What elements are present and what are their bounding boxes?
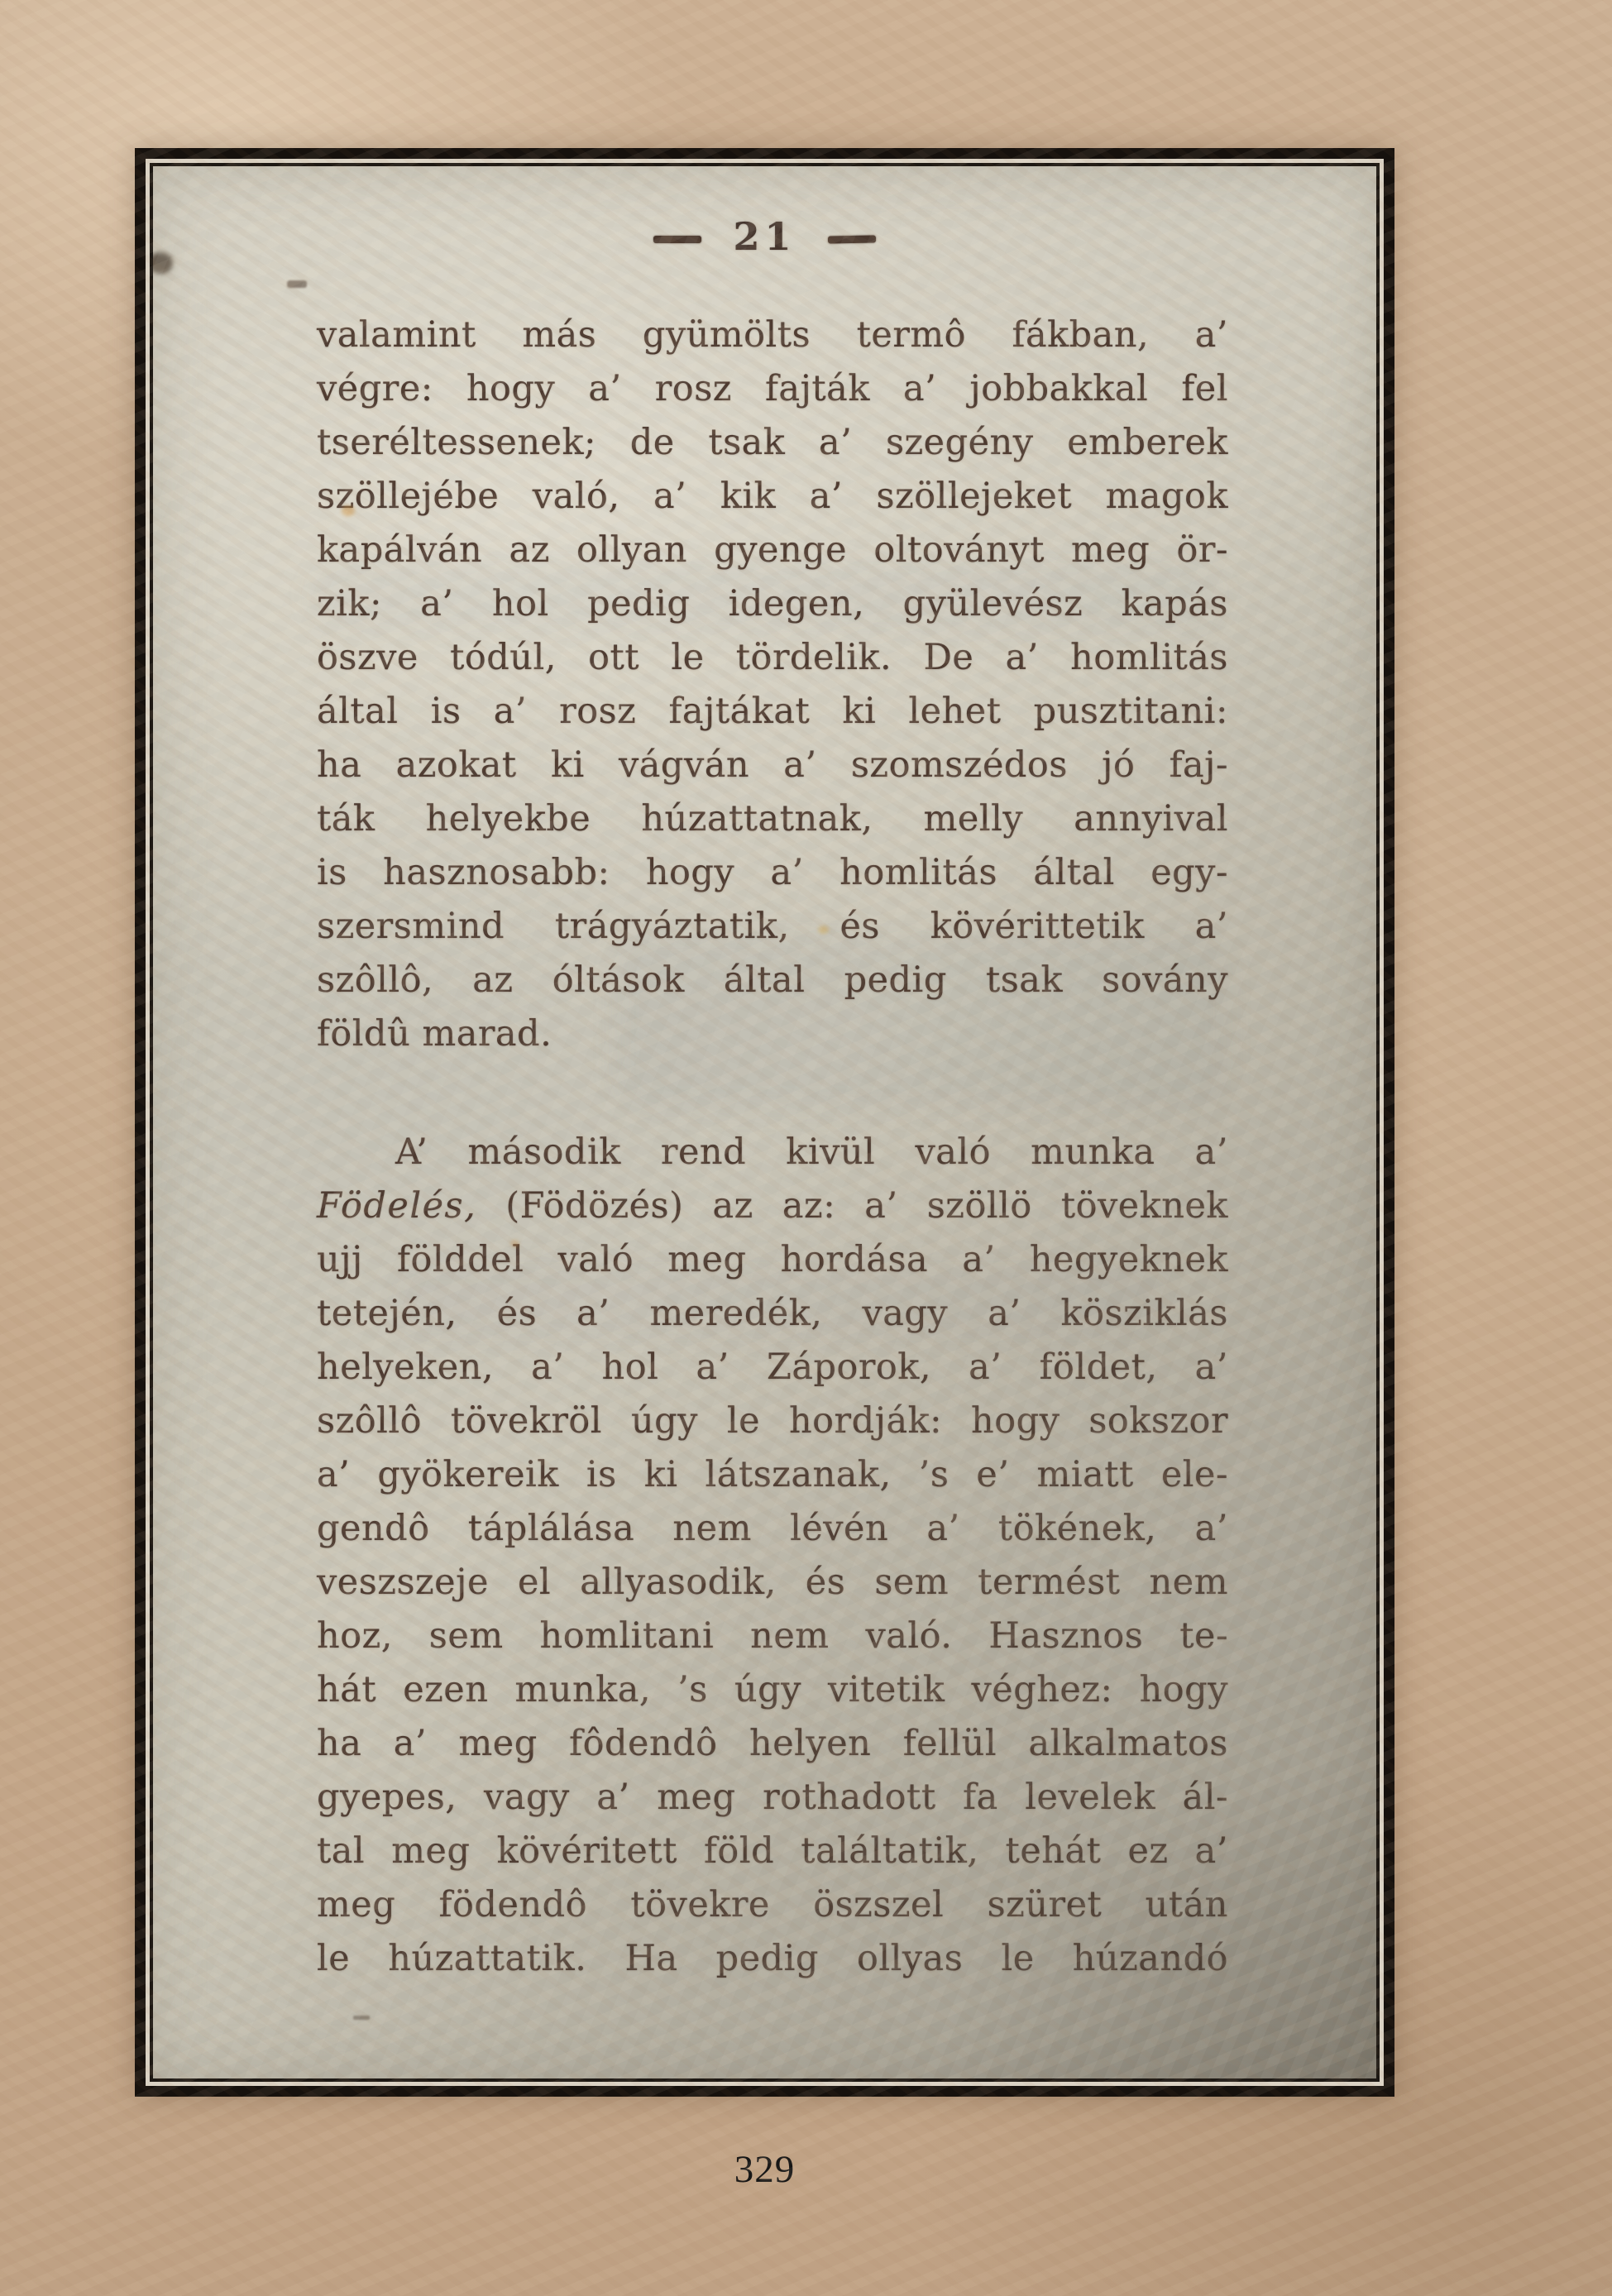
text-line: szôllô tövekröl úgy le hordják: hogy sok…: [317, 1394, 1228, 1448]
text-segment: szersmind trágyáztatik, és kövérittetik …: [317, 906, 1228, 947]
header-dash-icon: [653, 236, 701, 243]
text-line: ták helyekbe húzattatnak, melly annyival: [317, 792, 1228, 846]
text-segment: is hasznosabb: hogy a’ homlitás által eg…: [317, 852, 1228, 893]
text-line: ujj földdel való meg hordása a’ hegyekne…: [317, 1233, 1228, 1287]
text-segment: valamint más gyümölts termô fákban, a’: [317, 314, 1228, 356]
text-segment: (Födözés) az az: a’ szöllö töveknek: [476, 1185, 1228, 1227]
text-line: hát ezen munka, ’s úgy vitetik véghez: h…: [317, 1663, 1228, 1717]
text-segment: által is a’ rosz fajtákat ki lehet puszt…: [317, 691, 1228, 732]
text-line: öszve tódúl, ott le tördelik. De a’ homl…: [317, 631, 1228, 685]
ink-smudge: [353, 2016, 370, 2020]
text-segment: szôllô, az óltások által pedig tsak sová…: [317, 959, 1228, 1001]
text-line: veszszeje el allyasodik, és sem termést …: [317, 1556, 1228, 1610]
text-segment: ujj földdel való meg hordása a’ hegyekne…: [317, 1239, 1228, 1280]
text-line: gendô táplálása nem lévén a’ tökének, a’: [317, 1502, 1228, 1556]
text-line: ha a’ meg fôdendô helyen fellül alkalmat…: [317, 1717, 1228, 1771]
text-segment: gyepes, vagy a’ meg rothadott fa levelek…: [317, 1777, 1228, 1818]
text-segment: öszve tódúl, ott le tördelik. De a’ homl…: [317, 637, 1228, 678]
paragraph: A’ második rend kivül való munka a’Födel…: [317, 1126, 1228, 1986]
text-line: által is a’ rosz fajtákat ki lehet puszt…: [317, 685, 1228, 739]
text-line: meg födendô tövekre öszszel szüret után: [317, 1878, 1228, 1932]
text-line: is hasznosabb: hogy a’ homlitás által eg…: [317, 846, 1228, 900]
scanned-book-page: 21 valamint más gyümölts termô fákban, a…: [0, 0, 1612, 2296]
text-segment: tseréltessenek; de tsak a’ szegény ember…: [317, 422, 1228, 463]
header-page-number: 21: [733, 214, 796, 259]
text-segment: szôllô tövekröl úgy le hordják: hogy sok…: [317, 1400, 1228, 1442]
text-line: le húzattatik. Ha pedig ollyas le húzand…: [317, 1932, 1228, 1986]
text-line: zik; a’ hol pedig idegen, gyülevész kapá…: [317, 577, 1228, 631]
text-line: a’ gyökereik is ki látszanak, ’s e’ miat…: [317, 1448, 1228, 1502]
text-segment: hoz, sem homlitani nem való. Hasznos te-: [317, 1615, 1228, 1657]
text-segment: Födelés,: [317, 1185, 476, 1227]
text-segment: le húzattatik. Ha pedig ollyas le húzand…: [317, 1938, 1228, 1979]
text-segment: szöllejébe való, a’ kik a’ szöllejeket m…: [317, 476, 1228, 517]
text-segment: meg födendô tövekre öszszel szüret után: [317, 1884, 1228, 1925]
footer-page-number: 329: [135, 2147, 1394, 2192]
text-line: tetején, és a’ meredék, vagy a’ kösziklá…: [317, 1287, 1228, 1341]
text-line: ha azokat ki vágván a’ szomszédos jó faj…: [317, 739, 1228, 792]
text-line: végre: hogy a’ rosz fajták a’ jobbakkal …: [317, 362, 1228, 416]
text-line: tseréltessenek; de tsak a’ szegény ember…: [317, 416, 1228, 470]
text-segment: tal meg kövéritett föld találtatik, tehá…: [317, 1830, 1228, 1872]
text-block: valamint más gyümölts termô fákban, a’vé…: [317, 309, 1228, 1986]
text-segment: kapálván az ollyan gyenge oltoványt meg …: [317, 529, 1228, 571]
text-line: kapálván az ollyan gyenge oltoványt meg …: [317, 524, 1228, 577]
text-segment: földû marad.: [317, 1013, 552, 1055]
text-segment: tetején, és a’ meredék, vagy a’ kösziklá…: [317, 1293, 1228, 1334]
text-segment: helyeken, a’ hol a’ Záporok, a’ földet, …: [317, 1347, 1228, 1388]
text-segment: végre: hogy a’ rosz fajták a’ jobbakkal …: [317, 368, 1228, 409]
text-line: földû marad.: [317, 1007, 1228, 1061]
ink-smudge: [287, 280, 307, 288]
text-line: valamint más gyümölts termô fákban, a’: [317, 309, 1228, 362]
header-dash-icon: [827, 235, 875, 243]
text-segment: hát ezen munka, ’s úgy vitetik véghez: h…: [317, 1669, 1228, 1710]
text-line: A’ második rend kivül való munka a’: [317, 1126, 1228, 1179]
text-line: szersmind trágyáztatik, és kövérittetik …: [317, 900, 1228, 954]
text-line: hoz, sem homlitani nem való. Hasznos te-: [317, 1610, 1228, 1663]
text-line: szôllô, az óltások által pedig tsak sová…: [317, 954, 1228, 1007]
text-segment: veszszeje el allyasodik, és sem termést …: [317, 1562, 1228, 1603]
text-segment: gendô táplálása nem lévén a’ tökének, a’: [317, 1508, 1228, 1549]
text-line: szöllejébe való, a’ kik a’ szöllejeket m…: [317, 470, 1228, 524]
text-segment: ha azokat ki vágván a’ szomszédos jó faj…: [317, 744, 1228, 786]
scan-area: 21 valamint más gyümölts termô fákban, a…: [153, 166, 1376, 2078]
text-segment: A’ második rend kivül való munka a’: [395, 1131, 1228, 1173]
page-frame-outer-border: 21 valamint más gyümölts termô fákban, a…: [135, 148, 1394, 2097]
paragraph: valamint más gyümölts termô fákban, a’vé…: [317, 309, 1228, 1061]
running-head: 21: [153, 214, 1376, 259]
text-segment: ha a’ meg fôdendô helyen fellül alkalmat…: [317, 1723, 1228, 1764]
text-segment: zik; a’ hol pedig idegen, gyülevész kapá…: [317, 583, 1228, 624]
text-segment: ták helyekbe húzattatnak, melly annyival: [317, 798, 1228, 839]
text-line: Födelés, (Födözés) az az: a’ szöllö töve…: [317, 1179, 1228, 1233]
text-line: tal meg kövéritett föld találtatik, tehá…: [317, 1825, 1228, 1878]
text-segment: a’ gyökereik is ki látszanak, ’s e’ miat…: [317, 1454, 1228, 1495]
page-frame-inner-border: 21 valamint más gyümölts termô fákban, a…: [150, 163, 1380, 2082]
text-line: helyeken, a’ hol a’ Záporok, a’ földet, …: [317, 1341, 1228, 1394]
text-line: gyepes, vagy a’ meg rothadott fa levelek…: [317, 1771, 1228, 1825]
